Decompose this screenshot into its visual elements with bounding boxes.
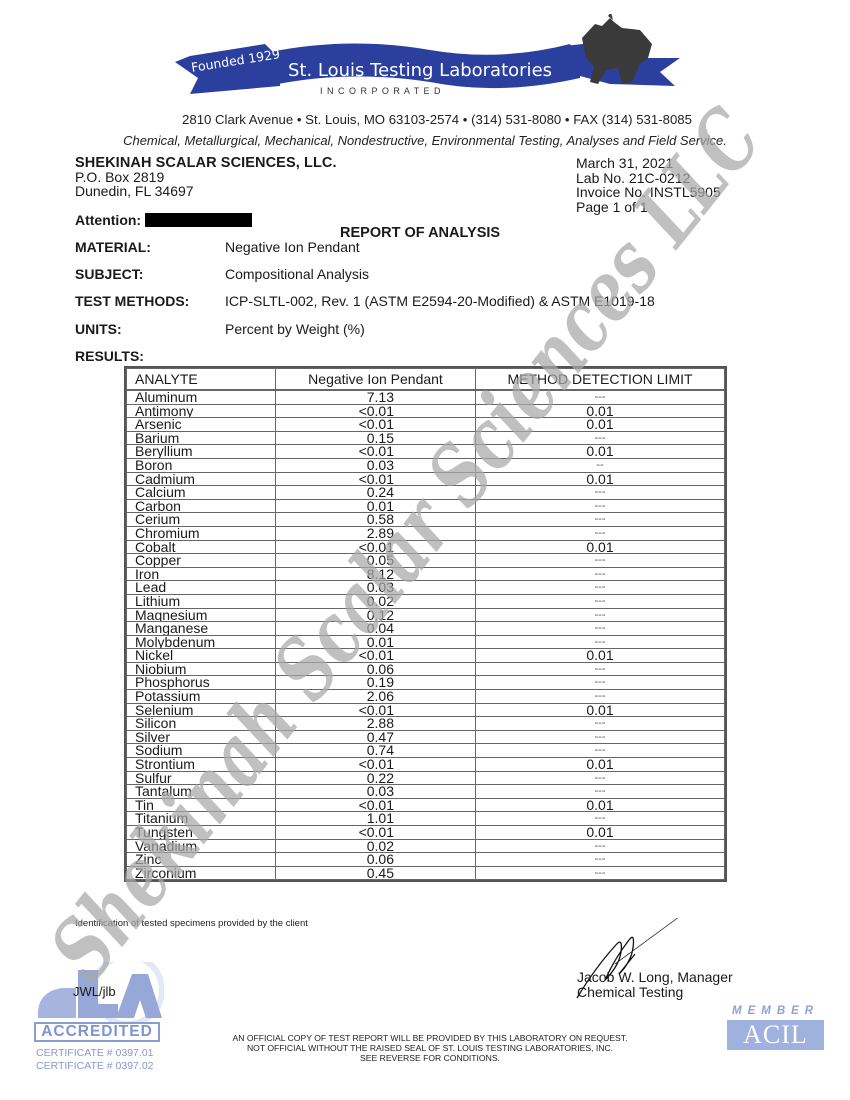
- result-cell: <0.01: [276, 418, 476, 432]
- table-row: Calcium0.24---: [127, 486, 725, 500]
- result-cell: 0.45: [276, 866, 476, 880]
- mdl-cell: 0.01: [476, 649, 725, 663]
- mdl-cell: ---: [476, 513, 725, 527]
- field-value: Negative Ion Pendant: [225, 239, 360, 255]
- table-row: Strontium<0.010.01: [127, 758, 725, 772]
- a2la-accreditation-logo: ACCREDITED CERTIFICATE # 0397.01 CERTIFI…: [32, 962, 164, 1072]
- table-row: Boron0.03--: [127, 458, 725, 472]
- analyte-cell: Cadmium: [127, 472, 276, 486]
- table-header-row: ANALYTE Negative Ion Pendant METHOD DETE…: [127, 369, 725, 391]
- result-cell: <0.01: [276, 445, 476, 459]
- table-row: Vanadium0.02---: [127, 839, 725, 853]
- table-row: Niobium0.06---: [127, 662, 725, 676]
- analyte-cell: Molybdenum: [127, 635, 276, 649]
- mdl-cell: ---: [476, 676, 725, 690]
- analyte-cell: Boron: [127, 458, 276, 472]
- result-cell: 0.02: [276, 839, 476, 853]
- table-row: Potassium2.06---: [127, 690, 725, 704]
- invoice-number: Invoice No. INSTL5905: [576, 185, 721, 200]
- disclaimer-line: AN OFFICIAL COPY OF TEST REPORT WILL BE …: [200, 1033, 660, 1043]
- certificate-number: CERTIFICATE # 0397.02: [36, 1060, 154, 1072]
- result-cell: 0.12: [276, 608, 476, 622]
- analyte-cell: Strontium: [127, 758, 276, 772]
- mdl-cell: ---: [476, 853, 725, 867]
- table-row: Sodium0.74---: [127, 744, 725, 758]
- signer-department: Chemical Testing: [577, 985, 733, 1000]
- table-row: Cobalt<0.010.01: [127, 540, 725, 554]
- disclaimer-line: NOT OFFICIAL WITHOUT THE RAISED SEAL OF …: [200, 1043, 660, 1053]
- analyte-cell: Antimony: [127, 404, 276, 418]
- result-cell: 0.06: [276, 662, 476, 676]
- mdl-cell: 0.01: [476, 798, 725, 812]
- signer-block: Jacob W. Long, Manager Chemical Testing: [577, 970, 733, 999]
- analyte-cell: Manganese: [127, 622, 276, 636]
- client-address-line2: Dunedin, FL 34697: [75, 184, 337, 198]
- analyte-cell: Silicon: [127, 717, 276, 731]
- table-row: Zinc0.06---: [127, 853, 725, 867]
- result-cell: <0.01: [276, 798, 476, 812]
- mdl-cell: ---: [476, 499, 725, 513]
- result-cell: 0.05: [276, 554, 476, 568]
- result-cell: 0.24: [276, 486, 476, 500]
- analyte-cell: Titanium: [127, 812, 276, 826]
- report-meta: March 31, 2021 Lab No. 21C-0212 Invoice …: [576, 156, 721, 214]
- table-row: Antimony<0.010.01: [127, 404, 725, 418]
- attention-label: Attention:: [75, 212, 141, 228]
- field-label: TEST METHODS:: [75, 293, 189, 309]
- page-number: Page 1 of 1: [576, 200, 721, 215]
- table-row: Lithium0.02---: [127, 594, 725, 608]
- table-row: Nickel<0.010.01: [127, 649, 725, 663]
- result-cell: <0.01: [276, 649, 476, 663]
- result-cell: 0.22: [276, 771, 476, 785]
- mdl-cell: ---: [476, 622, 725, 636]
- result-cell: 2.89: [276, 526, 476, 540]
- table-row: Cadmium<0.010.01: [127, 472, 725, 486]
- result-cell: 0.03: [276, 458, 476, 472]
- field-label: MATERIAL:: [75, 239, 151, 255]
- mdl-cell: 0.01: [476, 445, 725, 459]
- mdl-cell: 0.01: [476, 826, 725, 840]
- table-row: Arsenic<0.010.01: [127, 418, 725, 432]
- table-row: Phosphorus0.19---: [127, 676, 725, 690]
- field-label: UNITS:: [75, 321, 122, 337]
- column-header-analyte: ANALYTE: [127, 369, 276, 391]
- result-cell: <0.01: [276, 758, 476, 772]
- mdl-cell: ---: [476, 771, 725, 785]
- column-header-mdl: METHOD DETECTION LIMIT: [476, 369, 725, 391]
- acil-member-logo: MEMBER ACIL: [727, 1005, 824, 1053]
- result-cell: 7.13: [276, 390, 476, 404]
- table-row: Carbon0.01---: [127, 499, 725, 513]
- mdl-cell: ---: [476, 390, 725, 404]
- result-cell: 0.47: [276, 730, 476, 744]
- letterhead-logo: Founded 1929 St. Louis Testing Laborator…: [170, 14, 690, 104]
- analyte-cell: Zinc: [127, 853, 276, 867]
- mdl-cell: --: [476, 458, 725, 472]
- table-row: Silver0.47---: [127, 730, 725, 744]
- mdl-cell: ---: [476, 717, 725, 731]
- analyte-cell: Magnesium: [127, 608, 276, 622]
- specimen-footnote: Identification of tested specimens provi…: [75, 918, 308, 929]
- field-value: Compositional Analysis: [225, 266, 369, 282]
- field-value: ICP-SLTL-002, Rev. 1 (ASTM E2594-20-Modi…: [225, 293, 655, 309]
- mdl-cell: 0.01: [476, 758, 725, 772]
- analyte-cell: Cobalt: [127, 540, 276, 554]
- disclaimer-line: SEE REVERSE FOR CONDITIONS.: [200, 1053, 660, 1063]
- table-row: Manganese0.04---: [127, 622, 725, 636]
- analyte-cell: Potassium: [127, 690, 276, 704]
- results-table: ANALYTE Negative Ion Pendant METHOD DETE…: [124, 366, 727, 882]
- table-row: Cerium0.58---: [127, 513, 725, 527]
- result-cell: 0.06: [276, 853, 476, 867]
- result-cell: 1.01: [276, 812, 476, 826]
- certificate-number: CERTIFICATE # 0397.01: [36, 1047, 154, 1059]
- analyte-cell: Carbon: [127, 499, 276, 513]
- typist-initials: JWL/jlb: [73, 984, 116, 999]
- mdl-cell: 0.01: [476, 540, 725, 554]
- result-cell: <0.01: [276, 540, 476, 554]
- result-cell: 2.06: [276, 690, 476, 704]
- analyte-cell: Tungsten: [127, 826, 276, 840]
- mdl-cell: ---: [476, 526, 725, 540]
- letterhead-address: 2810 Clark Avenue • St. Louis, MO 63103-…: [0, 112, 850, 127]
- mdl-cell: ---: [476, 744, 725, 758]
- table-row: Lead0.03---: [127, 581, 725, 595]
- field-label: SUBJECT:: [75, 266, 143, 282]
- table-row: Tantalum0.03---: [127, 785, 725, 799]
- table-row: Sulfur0.22---: [127, 771, 725, 785]
- analyte-cell: Copper: [127, 554, 276, 568]
- result-cell: 0.74: [276, 744, 476, 758]
- svg-text:St. Louis Testing Laboratories: St. Louis Testing Laboratories: [288, 60, 552, 81]
- result-cell: 8.12: [276, 567, 476, 581]
- analyte-cell: Barium: [127, 431, 276, 445]
- analyte-cell: Tin: [127, 798, 276, 812]
- client-company: SHEKINAH SCALAR SCIENCES, LLC.: [75, 156, 337, 170]
- result-cell: 0.01: [276, 635, 476, 649]
- letterhead-services: Chemical, Metallurgical, Mechanical, Non…: [0, 133, 850, 148]
- analyte-cell: Vanadium: [127, 839, 276, 853]
- result-cell: <0.01: [276, 826, 476, 840]
- analyte-cell: Calcium: [127, 486, 276, 500]
- mdl-cell: ---: [476, 581, 725, 595]
- result-cell: 0.03: [276, 581, 476, 595]
- analyte-cell: Niobium: [127, 662, 276, 676]
- mdl-cell: 0.01: [476, 472, 725, 486]
- table-row: Tin<0.010.01: [127, 798, 725, 812]
- table-row: Iron8.12---: [127, 567, 725, 581]
- table-row: Zirconium0.45---: [127, 866, 725, 880]
- analyte-cell: Arsenic: [127, 418, 276, 432]
- table-row: Tungsten<0.010.01: [127, 826, 725, 840]
- analyte-cell: Phosphorus: [127, 676, 276, 690]
- analyte-cell: Sodium: [127, 744, 276, 758]
- analyte-cell: Cerium: [127, 513, 276, 527]
- mdl-cell: ---: [476, 812, 725, 826]
- mdl-cell: ---: [476, 608, 725, 622]
- column-header-sample: Negative Ion Pendant: [276, 369, 476, 391]
- table-row: Aluminum7.13---: [127, 390, 725, 404]
- analyte-cell: Zirconium: [127, 866, 276, 880]
- signer-name: Jacob W. Long, Manager: [577, 970, 733, 985]
- accredited-badge: ACCREDITED: [34, 1022, 160, 1042]
- mdl-cell: 0.01: [476, 418, 725, 432]
- mdl-cell: ---: [476, 554, 725, 568]
- acil-member-label: MEMBER: [727, 1005, 824, 1018]
- mdl-cell: ---: [476, 486, 725, 500]
- mdl-cell: ---: [476, 567, 725, 581]
- result-cell: 0.03: [276, 785, 476, 799]
- report-title: REPORT OF ANALYSIS: [340, 225, 500, 241]
- table-row: Copper0.05---: [127, 554, 725, 568]
- analyte-cell: Chromium: [127, 526, 276, 540]
- result-cell: <0.01: [276, 472, 476, 486]
- table-row: Molybdenum0.01---: [127, 635, 725, 649]
- redacted-name: [145, 213, 252, 227]
- table-row: Selenium<0.010.01: [127, 703, 725, 717]
- result-cell: 0.01: [276, 499, 476, 513]
- mdl-cell: ---: [476, 431, 725, 445]
- mdl-cell: 0.01: [476, 703, 725, 717]
- analyte-cell: Tantalum: [127, 785, 276, 799]
- mdl-cell: ---: [476, 662, 725, 676]
- report-date: March 31, 2021: [576, 156, 721, 171]
- attention-line: Attention:: [75, 212, 252, 228]
- client-address-block: SHEKINAH SCALAR SCIENCES, LLC. P.O. Box …: [75, 156, 337, 198]
- table-row: Titanium1.01---: [127, 812, 725, 826]
- mdl-cell: ---: [476, 594, 725, 608]
- table-row: Silicon2.88---: [127, 717, 725, 731]
- result-cell: <0.01: [276, 703, 476, 717]
- disclaimer: AN OFFICIAL COPY OF TEST REPORT WILL BE …: [200, 1033, 660, 1063]
- table-row: Chromium2.89---: [127, 526, 725, 540]
- result-cell: 0.19: [276, 676, 476, 690]
- svg-text:I N C O R P O R A T E D: I N C O R P O R A T E D: [320, 86, 442, 96]
- acil-label: ACIL: [727, 1020, 824, 1050]
- result-cell: 0.58: [276, 513, 476, 527]
- lab-number: Lab No. 21C-0212: [576, 171, 721, 186]
- table-row: Magnesium0.12---: [127, 608, 725, 622]
- result-cell: 0.02: [276, 594, 476, 608]
- result-cell: <0.01: [276, 404, 476, 418]
- result-cell: 0.04: [276, 622, 476, 636]
- mdl-cell: ---: [476, 839, 725, 853]
- analyte-cell: Iron: [127, 567, 276, 581]
- analyte-cell: Nickel: [127, 649, 276, 663]
- mdl-cell: ---: [476, 635, 725, 649]
- results-label: RESULTS:: [75, 348, 144, 364]
- table-row: Barium0.15---: [127, 431, 725, 445]
- mdl-cell: ---: [476, 785, 725, 799]
- analyte-cell: Aluminum: [127, 390, 276, 404]
- analyte-cell: Lead: [127, 581, 276, 595]
- analyte-cell: Selenium: [127, 703, 276, 717]
- mdl-cell: ---: [476, 690, 725, 704]
- analyte-cell: Silver: [127, 730, 276, 744]
- field-value: Percent by Weight (%): [225, 321, 365, 337]
- result-cell: 2.88: [276, 717, 476, 731]
- result-cell: 0.15: [276, 431, 476, 445]
- analyte-cell: Sulfur: [127, 771, 276, 785]
- table-row: Beryllium<0.010.01: [127, 445, 725, 459]
- mdl-cell: 0.01: [476, 404, 725, 418]
- mdl-cell: ---: [476, 866, 725, 880]
- mdl-cell: ---: [476, 730, 725, 744]
- client-address-line1: P.O. Box 2819: [75, 170, 337, 184]
- analyte-cell: Lithium: [127, 594, 276, 608]
- analyte-cell: Beryllium: [127, 445, 276, 459]
